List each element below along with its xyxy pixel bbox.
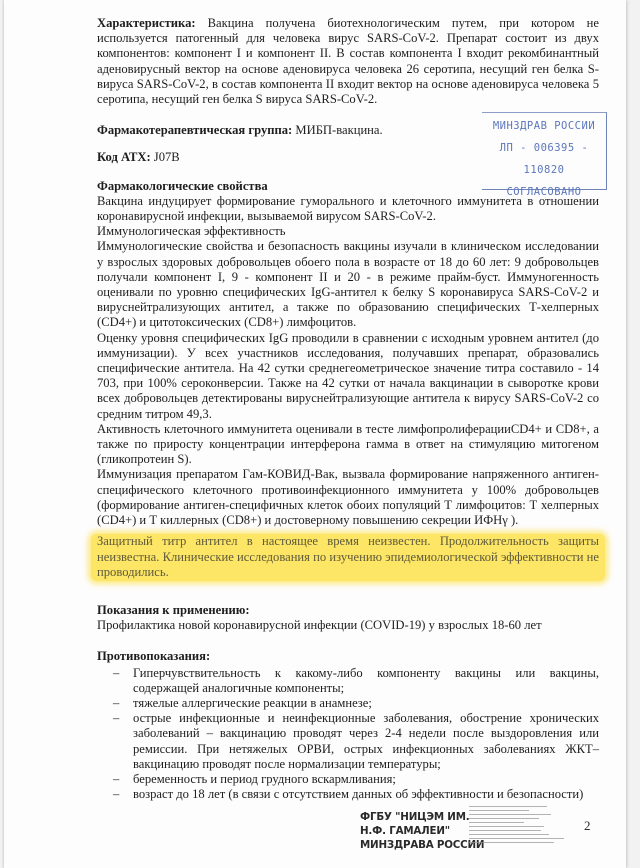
list-item-text: острые инфекционные и неинфекционные заб… <box>133 711 599 771</box>
characteristic-label: Характеристика: <box>97 16 196 30</box>
paragraph: Иммунизация препаратом Гам-КОВИД-Вак, вы… <box>97 467 599 528</box>
contraindications-list: –Гиперчувствительность к какому-либо ком… <box>97 666 599 803</box>
paragraph: Иммунологические свойства и безопасность… <box>97 239 599 330</box>
footer-organization: ФГБУ "НИЦЭМ ИМ. Н.Ф. ГАМАЛЕИ" МИНЗДРАВА … <box>360 810 484 852</box>
subheading-immunological-efficacy: Иммунологическая эффективность <box>97 224 599 239</box>
dash-bullet: – <box>113 772 119 787</box>
highlighted-paragraph: Защитный титр антител в настоящее время … <box>91 534 605 581</box>
list-item: –возраст до 18 лет (в связи с отсутствие… <box>97 787 599 802</box>
paragraph: Активность клеточного иммунитета оценива… <box>97 422 599 468</box>
page-number: 2 <box>584 818 591 834</box>
footer-org-line: МИНЗДРАВА РОССИИ <box>360 838 484 852</box>
atc-code-value: J07B <box>151 150 180 164</box>
dash-bullet: – <box>113 666 119 681</box>
atc-code-label: Код АТХ: <box>97 150 151 164</box>
footer-org-line: Н.Ф. ГАМАЛЕИ" <box>360 824 484 838</box>
pharm-group-value: МИБП-вакцина. <box>292 123 382 137</box>
characteristic-section: Характеристика: Вакцина получена биотехн… <box>97 16 599 107</box>
contraindications-heading: Противопоказания: <box>97 649 599 664</box>
list-item: –острые инфекционные и неинфекционные за… <box>97 711 599 772</box>
list-item-text: тяжелые аллергические реакции в анамнезе… <box>133 696 372 710</box>
indications-heading: Показания к применению: <box>97 603 599 618</box>
footer-org-line: ФГБУ "НИЦЭМ ИМ. <box>360 810 484 824</box>
list-item-text: Гиперчувствительность к какому-либо комп… <box>133 666 599 695</box>
dash-bullet: – <box>113 696 119 711</box>
list-item: –Гиперчувствительность к какому-либо ком… <box>97 666 599 696</box>
indications-text: Профилактика новой коронавирусной инфекц… <box>97 618 599 633</box>
paragraph: Оценку уровня специфических IgG проводил… <box>97 331 599 422</box>
list-item: –беременность и период грудного вскармли… <box>97 772 599 787</box>
document-page: МИНЗДРАВ РОССИИ ЛП - 006395 - 110820 СОГ… <box>4 0 626 868</box>
document-body: Характеристика: Вакцина получена биотехн… <box>97 16 599 802</box>
list-item-text: беременность и период грудного вскармлив… <box>133 772 396 786</box>
list-item: –тяжелые аллергические реакции в анамнез… <box>97 696 599 711</box>
list-item-text: возраст до 18 лет (в связи с отсутствием… <box>133 787 583 801</box>
digital-signature-block <box>469 806 569 846</box>
dash-bullet: – <box>113 711 119 726</box>
dash-bullet: – <box>113 787 119 802</box>
paragraph: Вакцина индуцирует формирование гумораль… <box>97 194 599 224</box>
pharm-properties-heading: Фармакологические свойства <box>97 179 599 194</box>
pharm-group: Фармакотерапевтическая группа: МИБП-вакц… <box>97 123 599 138</box>
pharm-group-label: Фармакотерапевтическая группа: <box>97 123 292 137</box>
atc-code: Код АТХ: J07B <box>97 150 599 165</box>
